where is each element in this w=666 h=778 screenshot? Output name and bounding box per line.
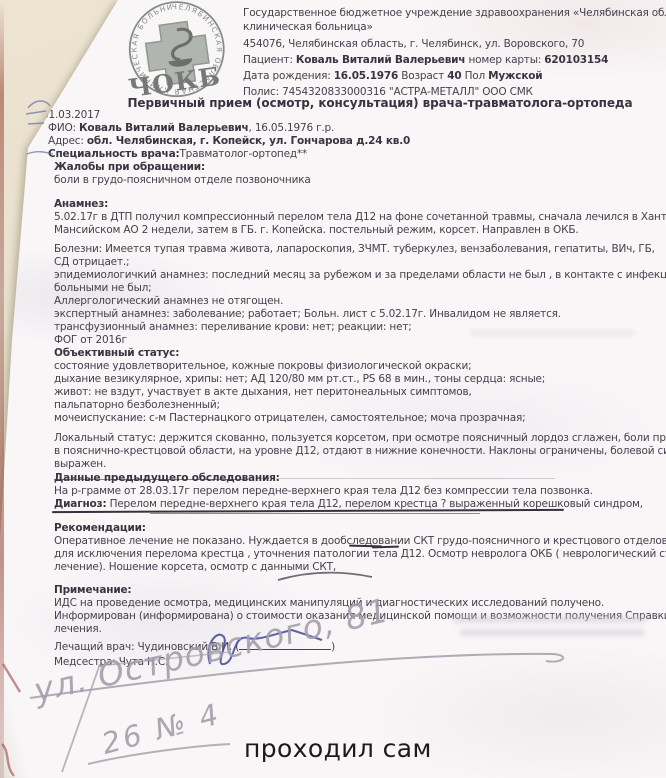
margin-pen-marks bbox=[24, 96, 64, 166]
objective-line5: мочеиспускание: с-м Пастернацкого отрица… bbox=[54, 412, 525, 425]
scanned-document: ЧЕЛЯБИНСКАЯ ОБЛАСТНАЯ КЛИНИЧЕСКАЯ БОЛЬНИ… bbox=[0, 0, 666, 778]
birth-line: Дата рождения: 16.05.1976 Возраст 40 Пол… bbox=[243, 70, 542, 83]
bleed-through-smudge bbox=[470, 330, 635, 336]
diseases-line1: Болезни: Имеется тупая травма живота, ла… bbox=[54, 243, 655, 256]
address-value: обл. Челябинская, г. Копейск, ул. Гончар… bbox=[87, 135, 410, 147]
patient-label: Пациент: bbox=[243, 54, 293, 66]
birth-label: Дата рождения: bbox=[243, 70, 331, 82]
recommendations-line2: для исключения перелома крестца , уточне… bbox=[54, 548, 666, 561]
card-label: номер карты: bbox=[468, 54, 541, 66]
sex-label: Пол bbox=[465, 70, 485, 82]
local-status-line2: в пояснично-крестцовой области, на уровн… bbox=[54, 445, 666, 458]
anamnesis-line2: Мансийском АО 2 недели, затем в ГБ. г. К… bbox=[54, 224, 579, 237]
sex-value: Мужской bbox=[488, 70, 542, 82]
local-status-line3: выражен. bbox=[54, 458, 106, 471]
bleed-through-smudge bbox=[452, 616, 647, 623]
anamnesis-heading: Анамнез: bbox=[54, 198, 108, 211]
objective-line4: пальпаторно безболезненный; bbox=[54, 399, 220, 412]
age-label: Возраст bbox=[401, 70, 444, 82]
fio-name: Коваль Виталий Валерьевич bbox=[79, 122, 249, 134]
speciality-value: Травматолог-ортопед** bbox=[179, 148, 307, 160]
speciality-line: Специальность врача:Травматолог-ортопед*… bbox=[48, 148, 307, 161]
complaints-heading: Жалобы при обращении: bbox=[54, 161, 205, 174]
note-heading: Примечание: bbox=[54, 584, 131, 597]
previous-heading-strike-faint bbox=[255, 478, 555, 479]
clinic-stamp-icon: ЧЕЛЯБИНСКАЯ ОБЛАСТНАЯ КЛИНИЧЕСКАЯ БОЛЬНИ… bbox=[105, 0, 250, 111]
fio-line: ФИО: Коваль Виталий Валерьевич, 16.05.19… bbox=[48, 122, 334, 135]
objective-line1: состояние удовлетворительное, кожные пок… bbox=[54, 360, 471, 373]
bleed-through-smudge bbox=[460, 629, 645, 636]
org-name-line2: клиническая больница» bbox=[243, 21, 373, 34]
birth-date: 16.05.1976 bbox=[334, 70, 398, 82]
fluorography-line: ФОГ от 2016г bbox=[54, 334, 127, 347]
recommendations-heading: Рекомендации: bbox=[54, 522, 146, 535]
epidemiology-line1: эпидемиологичкий анамнез: последний меся… bbox=[54, 269, 666, 282]
fio-tail: , 16.05.1976 г.р. bbox=[249, 122, 335, 134]
anamnesis-line1: 5.02.17г в ДТП получил компрессионный пе… bbox=[54, 211, 666, 224]
overlay-caption: проходил сам bbox=[244, 734, 432, 763]
local-status-line1: Локальный статус: держится скованно, пол… bbox=[54, 432, 666, 445]
scan-edge-marks bbox=[0, 648, 44, 778]
diagnosis-label: Диагноз: bbox=[54, 498, 106, 510]
objective-line2: дыхание везикулярное, хрипы: нет; АД 120… bbox=[54, 373, 545, 386]
card-number: 620103154 bbox=[544, 54, 608, 66]
speciality-label: Специальность врача: bbox=[48, 148, 179, 160]
age-value: 40 bbox=[447, 70, 461, 82]
complaints-text: боли в грудо-поясничном отделе позвоночн… bbox=[54, 174, 311, 187]
patient-name: Коваль Виталий Валерьевич bbox=[296, 54, 466, 66]
epidemiology-line2: больными не был; bbox=[54, 282, 152, 295]
address-line: Адрес: обл. Челябинская, г. Копейск, ул.… bbox=[48, 135, 410, 148]
note-line3: лечения. bbox=[54, 623, 102, 636]
allergy-line: Аллергологический анамнез не отягощен. bbox=[54, 295, 283, 308]
previous-heading-strike bbox=[54, 479, 246, 480]
org-address: 454076, Челябинская область, г. Челябинс… bbox=[243, 38, 584, 51]
objective-line3: живот: не вздут, участвует в акте дыхани… bbox=[54, 386, 472, 399]
diseases-line2: СД отрицает.; bbox=[54, 256, 129, 269]
skt-curved-underline bbox=[276, 570, 376, 584]
objective-heading: Объективный статус: bbox=[54, 347, 179, 360]
org-name-line1: Государственное бюджетное учреждение здр… bbox=[243, 7, 666, 20]
previous-exam-text: На р-грамме от 28.03.17г перелом передне… bbox=[54, 485, 593, 498]
patient-line: Пациент: Коваль Виталий Валерьевич номер… bbox=[243, 54, 608, 67]
document-title: Первичный прием (осмотр, консультация) в… bbox=[120, 96, 640, 110]
expert-line: экспертный анамнез: заболевание; работае… bbox=[54, 308, 561, 321]
transfusion-line: трансфузионный анамнез: переливание кров… bbox=[54, 321, 412, 334]
